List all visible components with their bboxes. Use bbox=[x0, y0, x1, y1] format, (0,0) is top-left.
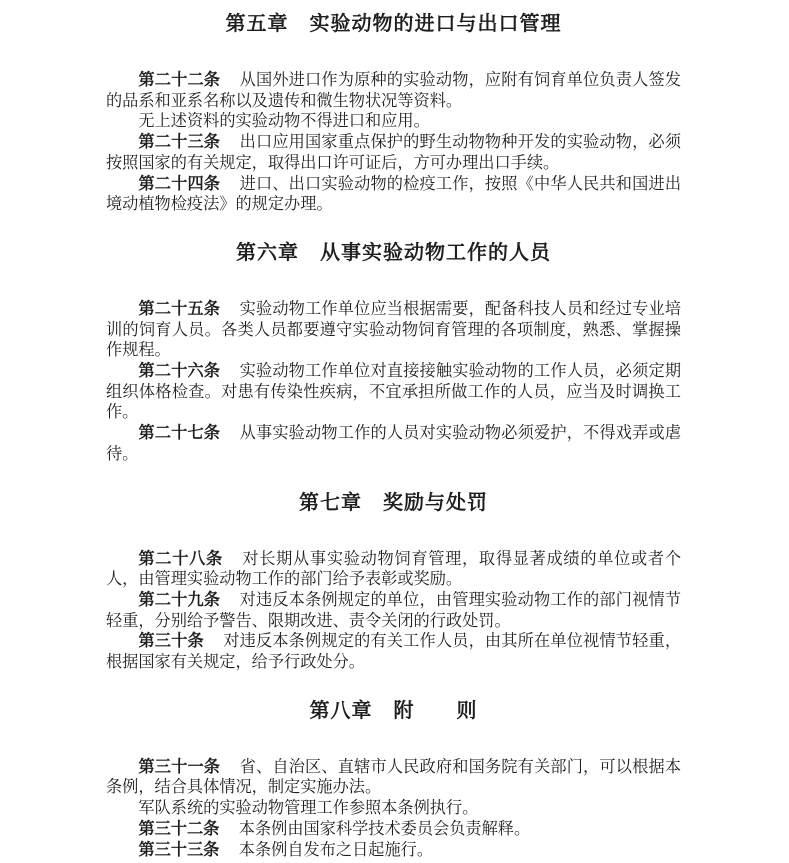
paragraph-text: 军队系统的实验动物管理工作参照本条例执行。 bbox=[138, 799, 478, 817]
paragraph: 第三十二条本条例由国家科学技术委员会负责解释。 bbox=[106, 819, 681, 840]
article-number-label: 第二十八条 bbox=[138, 550, 223, 568]
paragraph: 第二十六条实验动物工作单位对直接接触实验动物的工作人员，必须定期组织体格检查。对… bbox=[106, 361, 681, 423]
paragraph-text: 无上述资料的实验动物不得进口和应用。 bbox=[138, 112, 429, 130]
paragraph: 军队系统的实验动物管理工作参照本条例执行。 bbox=[106, 798, 681, 819]
chapter-section: 第五章 实验动物的进口与出口管理 第二十二条从国外进口作为原种的实验动物，应附有… bbox=[106, 12, 681, 215]
paragraph: 第二十九条对违反本条例规定的单位，由管理实验动物工作的部门视情节轻重，分别给予警… bbox=[106, 590, 681, 631]
article-number-label: 第二十九条 bbox=[138, 591, 220, 609]
paragraph: 第二十五条实验动物工作单位应当根据需要，配备科技人员和经过专业培训的饲育人员。各… bbox=[106, 299, 681, 361]
paragraph-text: 本条例自发布之日起施行。 bbox=[239, 841, 433, 859]
paragraph: 无上述资料的实验动物不得进口和应用。 bbox=[106, 111, 681, 132]
paragraph: 第二十七条从事实验动物工作的人员对实验动物必须爱护，不得戏弄或虐待。 bbox=[106, 423, 681, 464]
document-page: 第五章 实验动物的进口与出口管理 第二十二条从国外进口作为原种的实验动物，应附有… bbox=[0, 0, 789, 863]
article-number-label: 第二十二条 bbox=[138, 71, 220, 89]
chapter-section: 第七章 奖励与处罚 第二十八条对长期从事实验动物饲育管理，取得显著成绩的单位或者… bbox=[106, 491, 681, 673]
chapter-heading: 第八章 附 则 bbox=[106, 699, 681, 723]
article-number-label: 第三十三条 bbox=[138, 841, 219, 859]
paragraph: 第三十一条省、自治区、直辖市人民政府和国务院有关部门，可以根据本条例，结合具体情… bbox=[106, 757, 681, 798]
article-number-label: 第三十二条 bbox=[138, 820, 219, 838]
paragraph-text: 本条例由国家科学技术委员会负责解释。 bbox=[239, 820, 530, 838]
chapter-heading: 第七章 奖励与处罚 bbox=[106, 491, 681, 515]
paragraph: 第三十条对违反本条例规定的有关工作人员，由其所在单位视情节轻重，根据国家有关规定… bbox=[106, 631, 681, 672]
article-number-label: 第二十七条 bbox=[138, 424, 220, 442]
chapter-section: 第八章 附 则 第三十一条省、自治区、直辖市人民政府和国务院有关部门，可以根据本… bbox=[106, 699, 681, 861]
article-number-label: 第三十条 bbox=[138, 632, 203, 650]
paragraph: 第二十二条从国外进口作为原种的实验动物，应附有饲育单位负责人签发的品系和亚系名称… bbox=[106, 70, 681, 111]
article-number-label: 第二十六条 bbox=[138, 362, 220, 380]
article-number-label: 第二十五条 bbox=[138, 300, 220, 318]
chapter-heading: 第六章 从事实验动物工作的人员 bbox=[106, 241, 681, 265]
document-body: 第五章 实验动物的进口与出口管理 第二十二条从国外进口作为原种的实验动物，应附有… bbox=[0, 0, 789, 860]
chapter-heading: 第五章 实验动物的进口与出口管理 bbox=[106, 12, 681, 36]
paragraph: 第二十八条对长期从事实验动物饲育管理，取得显著成绩的单位或者个人，由管理实验动物… bbox=[106, 549, 681, 590]
paragraph: 第二十三条出口应用国家重点保护的野生动物物种开发的实验动物，必须按照国家的有关规… bbox=[106, 132, 681, 173]
article-number-label: 第二十四条 bbox=[138, 175, 220, 193]
article-number-label: 第三十一条 bbox=[138, 758, 220, 776]
paragraph: 第三十三条本条例自发布之日起施行。 bbox=[106, 840, 681, 861]
chapter-section: 第六章 从事实验动物工作的人员 第二十五条实验动物工作单位应当根据需要，配备科技… bbox=[106, 241, 681, 465]
article-number-label: 第二十三条 bbox=[138, 133, 220, 151]
paragraph: 第二十四条进口、出口实验动物的检疫工作，按照《中华人民共和国进出境动植物检疫法》… bbox=[106, 174, 681, 215]
